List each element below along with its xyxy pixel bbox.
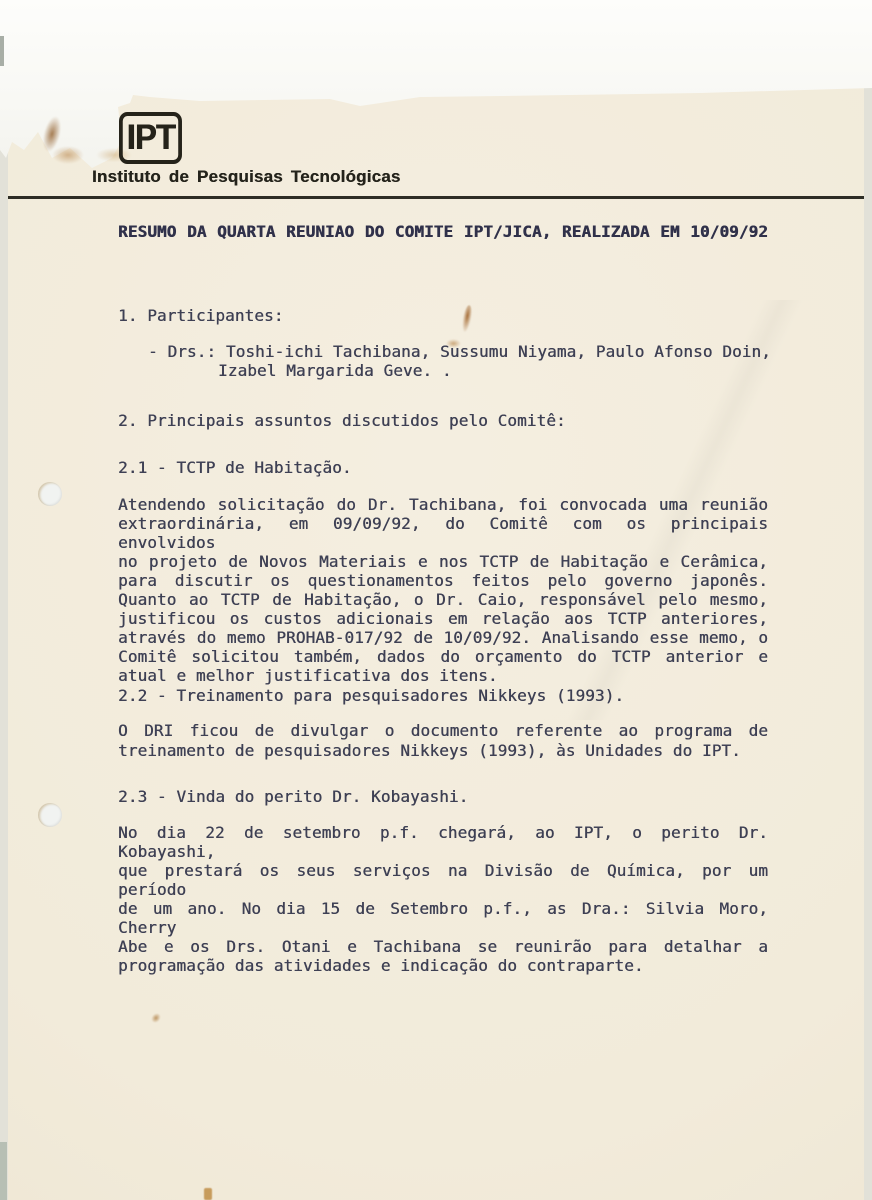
scan-edge-mark bbox=[0, 36, 4, 66]
ipt-logo: IPT bbox=[119, 112, 182, 164]
paragraph-line: Abe e os Drs. Otani e Tachibana se reuni… bbox=[118, 937, 768, 956]
paragraph-line: treinamento de pesquisadores Nikkeys (19… bbox=[118, 741, 768, 761]
paper-speck bbox=[204, 1188, 212, 1200]
scanned-document: IPT Instituto de Pesquisas Tecnológicas … bbox=[0, 0, 872, 1200]
section22-paragraph: O DRI ficou de divulgar o documento refe… bbox=[118, 721, 768, 761]
ink-smudge bbox=[446, 339, 461, 348]
paragraph-line: No dia 22 de setembro p.f. chegará, ao I… bbox=[118, 823, 768, 861]
scan-corner-sliver bbox=[0, 1142, 7, 1200]
document-title: RESUMO DA QUARTA REUNIAO DO COMITE IPT/J… bbox=[118, 222, 768, 241]
paragraph-line: programação das atividades e indicação d… bbox=[118, 956, 768, 975]
section22-heading: 2.2 - Treinamento para pesquisadores Nik… bbox=[118, 686, 624, 705]
section23-paragraph: No dia 22 de setembro p.f. chegará, ao I… bbox=[118, 823, 768, 975]
punch-hole bbox=[38, 803, 62, 827]
paragraph-line: atual e melhor justificativa dos itens. bbox=[118, 666, 768, 685]
paragraph-line: através do memo PROHAB-017/92 de 10/09/9… bbox=[118, 628, 768, 647]
punch-hole bbox=[38, 482, 62, 506]
paragraph-line: justificou os custos adicionais em relaç… bbox=[118, 609, 768, 628]
section1-heading: 1. Participantes: bbox=[118, 306, 283, 325]
paragraph-line: Quanto ao TCTP de Habitação, o Dr. Caio,… bbox=[118, 590, 768, 609]
section23-heading: 2.3 - Vinda do perito Dr. Kobayashi. bbox=[118, 787, 468, 806]
section21-heading: 2.1 - TCTP de Habitação. bbox=[118, 458, 352, 477]
paragraph-line: que prestará os seus serviços na Divisão… bbox=[118, 861, 768, 899]
org-name: Instituto de Pesquisas Tecnológicas bbox=[92, 167, 401, 187]
paragraph-line: O DRI ficou de divulgar o documento refe… bbox=[118, 721, 768, 741]
participants-line2: Izabel Margarida Geve. . bbox=[218, 361, 452, 380]
paragraph-line: para discutir os questionamentos feitos … bbox=[118, 571, 768, 590]
tear-stain bbox=[52, 146, 84, 164]
section21-paragraph: Atendendo solicitação do Dr. Tachibana, … bbox=[118, 495, 768, 685]
paragraph-line: Atendendo solicitação do Dr. Tachibana, … bbox=[118, 495, 768, 514]
paragraph-line: no projeto de Novos Materiais e nos TCTP… bbox=[118, 552, 768, 571]
paragraph-line: de um ano. No dia 15 de Setembro p.f., a… bbox=[118, 899, 768, 937]
paragraph-line: Comitê solicitou também, dados do orçame… bbox=[118, 647, 768, 666]
letterhead-rule bbox=[8, 196, 864, 199]
paragraph-line: extraordinária, em 09/09/92, do Comitê c… bbox=[118, 514, 768, 552]
ipt-logo-text: IPT bbox=[127, 118, 175, 157]
section2-heading: 2. Principais assuntos discutidos pelo C… bbox=[118, 411, 566, 430]
